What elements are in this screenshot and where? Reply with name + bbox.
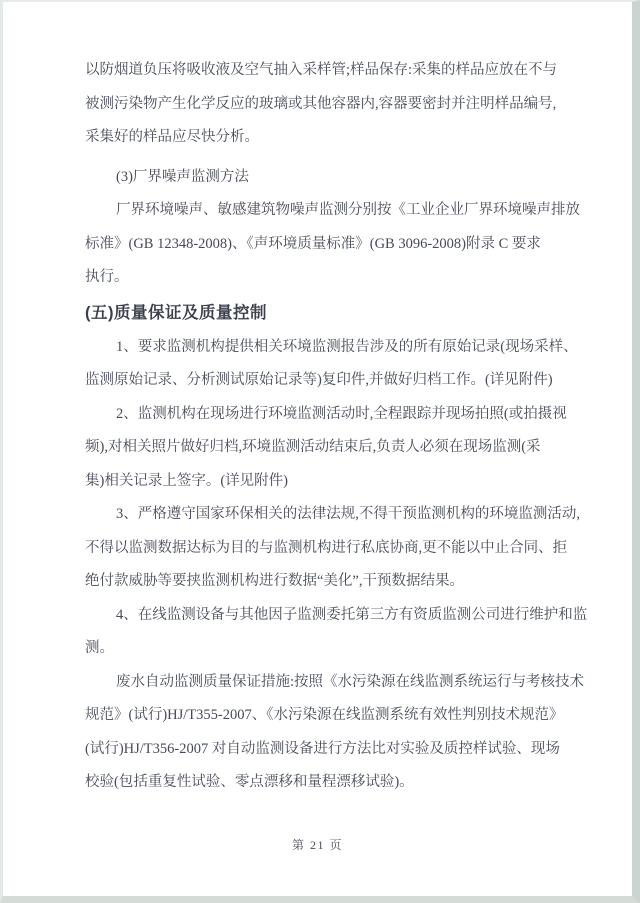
page-number: 第 21 页 — [3, 836, 632, 853]
section-heading: (五)质量保证及质量控制 — [85, 295, 565, 331]
text-line: 2、监测机构在现场进行环境监测活动时,全程跟踪并现场拍照(或拍摄视 — [85, 398, 565, 432]
text-line: 1、要求监测机构提供相关环境监测报告涉及的所有原始记录(现场采样、 — [85, 331, 565, 365]
text-line: 绝付款威胁等要挟监测机构进行数据“美化”,干预数据结果。 — [85, 565, 565, 599]
subsection-title: (3)厂界噪声监测方法 — [85, 161, 565, 195]
text-line: 校验(包括重复性试验、零点漂移和量程漂移试验)。 — [85, 766, 565, 800]
text-line: 规范》(试行)HJ/T355-2007、《水污染源在线监测系统有效性判别技术规范… — [85, 699, 565, 733]
text-line: 执行。 — [85, 261, 565, 295]
text-line: 监测原始记录、分析测试原始记录等)复印件,并做好归档工作。(详见附件) — [85, 364, 565, 398]
text-line: 以防烟道负压将吸收液及空气抽入采样管;样品保存:采集的样品应放在不与 — [85, 54, 565, 88]
text-line: (试行)HJ/T356-2007 对自动监测设备进行方法比对实验及质控样试验、现… — [85, 733, 565, 767]
text-line: 不得以监测数据达标为目的与监测机构进行私底协商,更不能以中止合同、拒 — [85, 532, 565, 566]
text-line: 测。 — [85, 632, 565, 666]
text-line: 集)相关记录上签字。(详见附件) — [85, 465, 565, 499]
text-line: 废水自动监测质量保证措施:按照《水污染源在线监测系统运行与考核技术 — [85, 666, 565, 700]
page-body: 以防烟道负压将吸收液及空气抽入采样管;样品保存:采集的样品应放在不与 被测污染物… — [85, 54, 565, 800]
text-line: 采集好的样品应尽快分析。 — [85, 121, 565, 155]
text-line: 3、严格遵守国家环保相关的法律法规,不得干预监测机构的环境监测活动, — [85, 498, 565, 532]
document-page: 以防烟道负压将吸收液及空气抽入采样管;样品保存:采集的样品应放在不与 被测污染物… — [0, 0, 640, 903]
text-line: 4、在线监测设备与其他因子监测委托第三方有资质监测公司进行维护和监 — [85, 599, 565, 633]
text-line: 频),对相关照片做好归档,环境监测活动结束后,负责人必须在现场监测(采 — [85, 431, 565, 465]
text-line: 被测污染物产生化学反应的玻璃或其他容器内,容器要密封并注明样品编号, — [85, 88, 565, 122]
text-line: 厂界环境噪声、敏感建筑物噪声监测分别按《工业企业厂界环境噪声排放 — [85, 194, 565, 228]
text-line: 标准》(GB 12348-2008)、《声环境质量标准》(GB 3096-200… — [85, 228, 565, 262]
